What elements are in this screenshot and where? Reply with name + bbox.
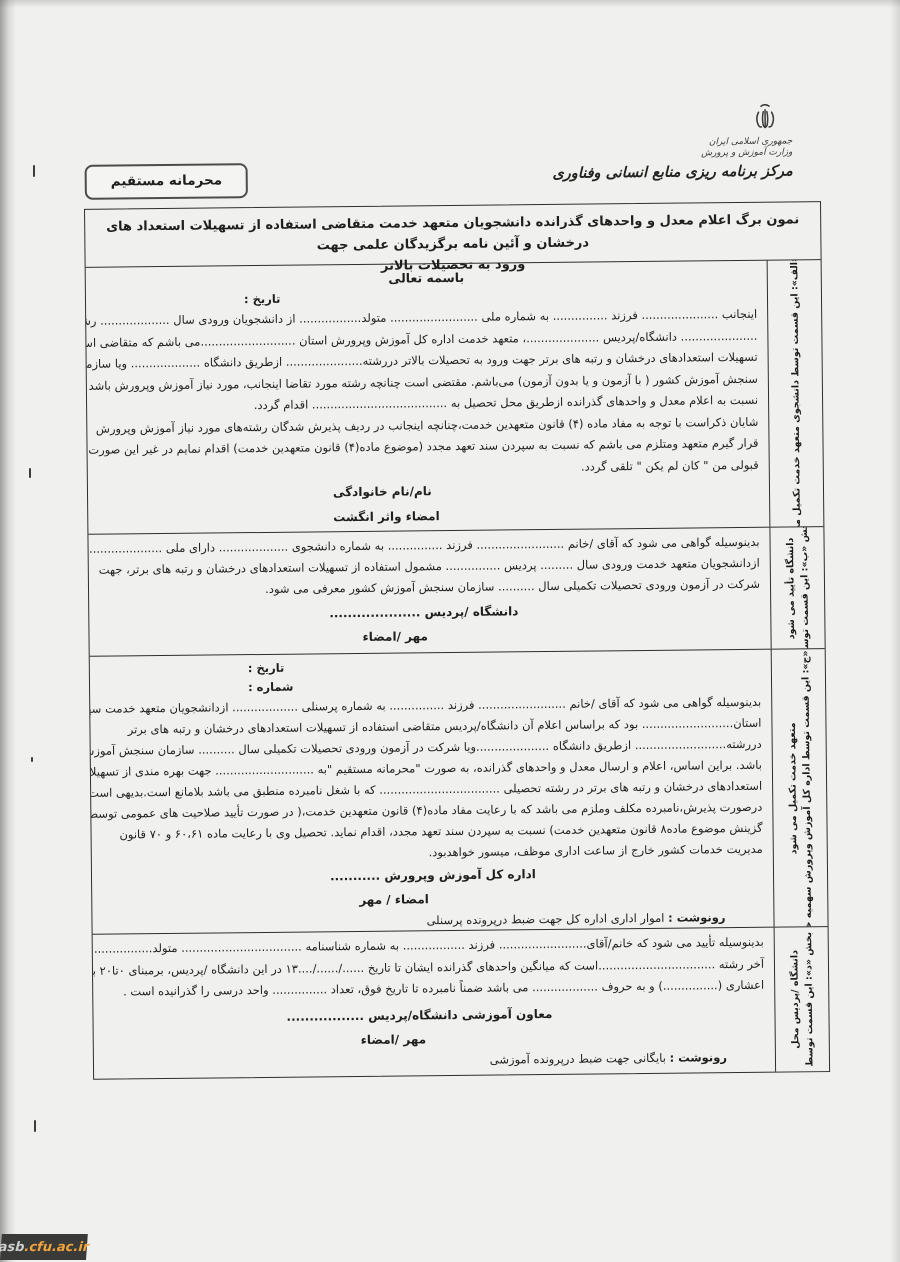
scan-artifact [33, 165, 35, 177]
section-b-content: بدینوسیله گواهی می شود که آقای /خانم ...… [88, 528, 770, 656]
scan-artifact [29, 468, 31, 478]
iran-emblem-icon [750, 103, 780, 135]
site-watermark: asb.cfu.ac.ir [0, 1234, 88, 1260]
form-title-line1: نمون برگ اعلام معدل و واحدهای گذرانده دا… [93, 209, 812, 259]
form-table: نمون برگ اعلام معدل و واحدهای گذرانده دا… [84, 201, 830, 1080]
sidebar-label-c-line1: بخش «ج»: این قسمت توسط اداره کل آموزش وپ… [799, 649, 813, 927]
section-a-content: باسمه تعالی تاریخ : اینجانب ............… [86, 261, 770, 534]
section-b-sidebar: بخش «ب»: این قسمت توسط دانشگاه تأیید می … [769, 527, 824, 649]
copy-note-text: بایگانی جهت ضبط درپرونده آموزشی [490, 1050, 666, 1066]
section-a-row: باسمه تعالی تاریخ : اینجانب ............… [86, 259, 824, 534]
scan-artifact [31, 757, 33, 762]
copy-note-text: اموار اداری اداره کل جهت ضبط درپرونده پر… [426, 911, 664, 927]
copy-note-label: رونوشت : [668, 910, 726, 925]
page-content: جمهوری اسلامی ایران وزارت آموزش و پرورش … [0, 0, 900, 1262]
section-c-row: تاریخ : شماره : بدینوسیله گواهی می شود ک… [90, 648, 828, 934]
section-d-row: بدینوسیله تأیید می شود که خانم/آقای.....… [93, 926, 829, 1079]
confidential-stamp: محرمانه مستقیم [85, 163, 249, 200]
watermark-suffix: .cfu.ac.ir [24, 1240, 90, 1255]
section-c-content: تاریخ : شماره : بدینوسیله گواهی می شود ک… [90, 650, 774, 934]
sidebar-label-c-line2: متعهد خدمت تکمیل می شود [785, 649, 799, 927]
sidebar-label-b-line2: دانشگاه تأیید می شود [784, 527, 796, 649]
copy-note-label: رونوشت : [669, 1050, 727, 1065]
section-d-content: بدینوسیله تأیید می شود که خانم/آقای.....… [93, 928, 775, 1079]
form-title: نمون برگ اعلام معدل و واحدهای گذرانده دا… [85, 202, 821, 267]
section-d-sidebar: بخش «د»: این قسمت توسط دانشگاه /پردیس مح… [774, 927, 830, 1072]
sidebar-label-d-line1: بخش «د»: این قسمت توسط [803, 932, 815, 1067]
watermark-prefix: asb [0, 1240, 25, 1255]
sidebar-label-a: بخش «الف»: این قسمت توسط دانشجوی متعهد خ… [788, 260, 802, 527]
sidebar-label-d-line2: دانشگاه /پردیس محل [789, 932, 801, 1067]
government-header: جمهوری اسلامی ایران وزارت آموزش و پرورش … [597, 102, 793, 181]
section-c-sidebar: بخش «ج»: این قسمت توسط اداره کل آموزش وپ… [771, 649, 828, 927]
scan-artifact [34, 1120, 36, 1132]
center-name: مرکز برنامه ریزی منابع انسانی وفناوری [598, 163, 793, 181]
sidebar-label-b-line1: بخش «ب»: این قسمت توسط [798, 527, 810, 649]
section-b-row: بدینوسیله گواهی می شود که آقای /خانم ...… [88, 526, 824, 656]
section-a-sidebar: بخش «الف»: این قسمت توسط دانشجوی متعهد خ… [767, 260, 824, 527]
org-name-line2: وزارت آموزش و پرورش [597, 147, 792, 160]
